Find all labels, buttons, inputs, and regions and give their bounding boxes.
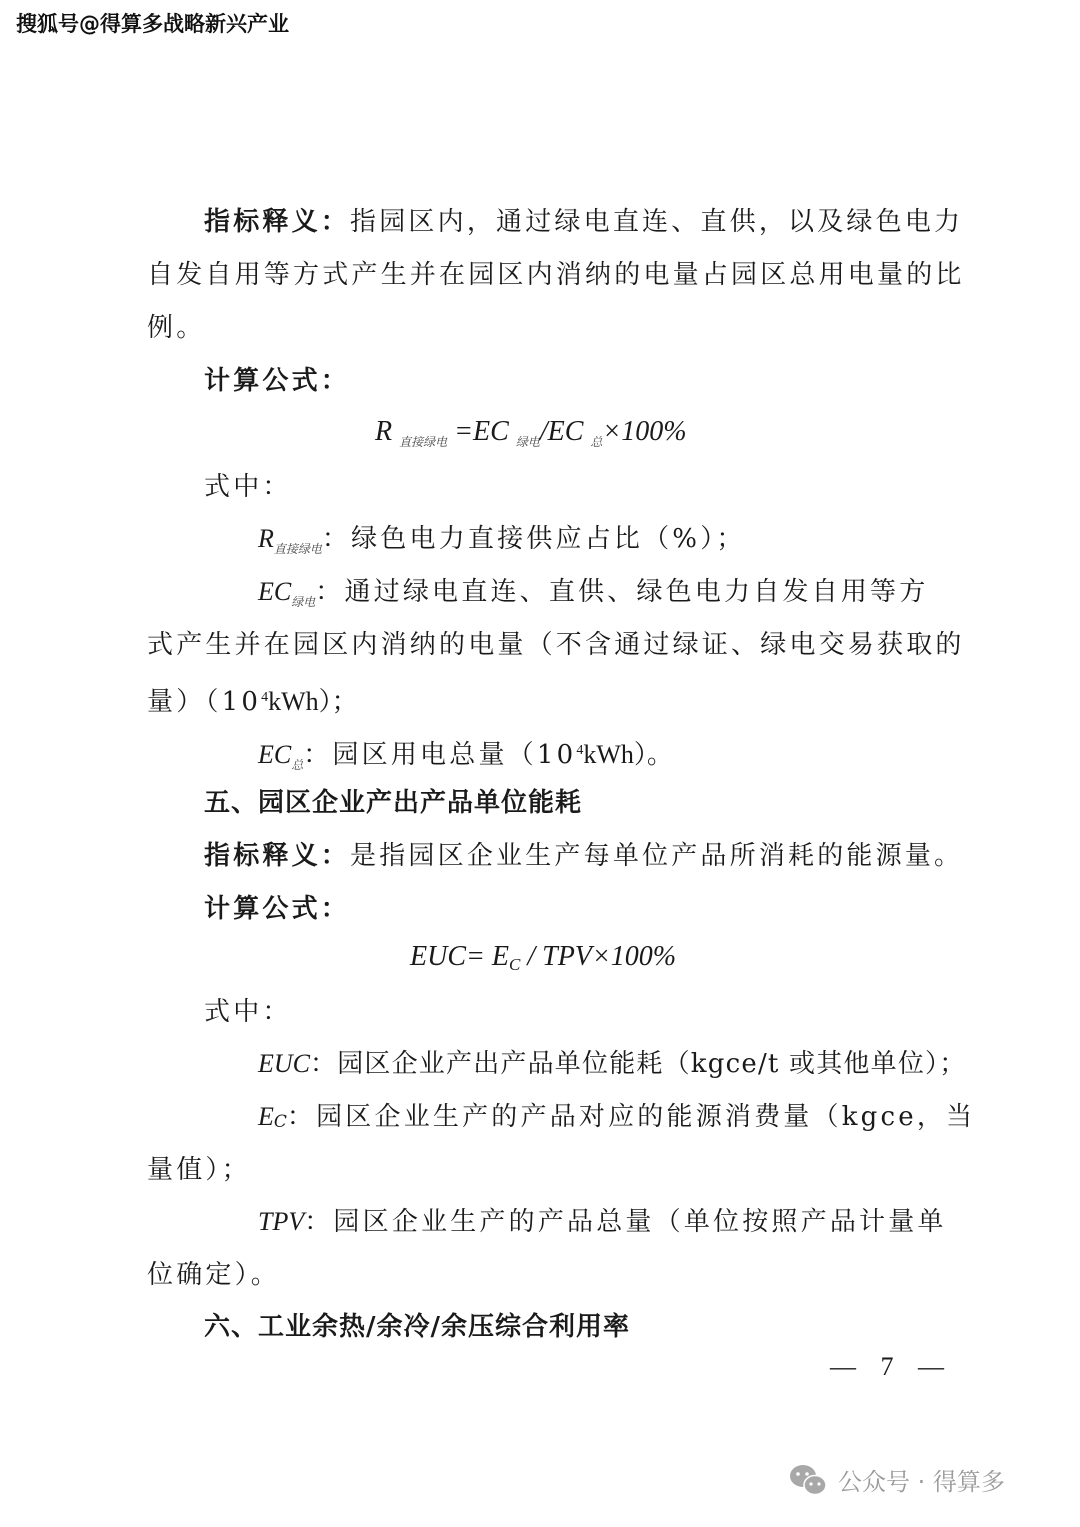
formula-unit-energy: EUC= EC / TPV×100% <box>410 941 676 975</box>
formula-part: ×100% <box>602 416 686 447</box>
section-heading: 六、工业余热/余冷/余压综合利用率 <box>204 1310 630 1344</box>
definition-text: 指园区内，通过绿电直连、直供，以及绿色电力 <box>350 207 963 237</box>
definition-label: 指标释义： <box>204 841 350 871</box>
wechat-icon <box>788 1463 828 1497</box>
formula-symbol: R <box>375 416 392 447</box>
text-part: 量）（10 <box>147 687 261 717</box>
formula-part: / TPV×100% <box>520 941 676 972</box>
page-number: — 7 — <box>830 1352 944 1382</box>
formula-part: EUC= E <box>410 941 509 972</box>
var-text: ：绿色电力直接供应占比（%）； <box>322 524 746 554</box>
var-text: ：通过绿电直连、直供、绿色电力自发自用等方 <box>315 577 928 607</box>
var-symbol: TPV <box>258 1207 304 1236</box>
var-subscript: C <box>274 1112 287 1132</box>
var-definition-cont: 位确定）。 <box>147 1258 280 1292</box>
var-symbol: R <box>258 524 274 553</box>
var-symbol: EC <box>258 740 291 769</box>
var-text: ：园区用电总量（10 <box>303 740 576 770</box>
var-definition-cont: 量）（104kWh）； <box>147 681 358 719</box>
var-subscript: 绿电 <box>291 595 315 609</box>
var-definition: R直接绿电：绿色电力直接供应占比（%）； <box>258 522 746 566</box>
formula-part: /EC <box>540 416 584 447</box>
var-text: ：园区企业生产的产品对应的能源消费量（kgce，当 <box>287 1102 975 1132</box>
watermark-source: 搜狐号@得算多战略新兴产业 <box>16 8 289 38</box>
var-subscript: 直接绿电 <box>274 542 322 556</box>
formula-green-ratio: R 直接绿电 =EC 绿电/EC 总×100% <box>375 416 687 450</box>
var-definition: EUC：园区企业产出产品单位能耗（kgce/t 或其他单位）； <box>258 1047 966 1081</box>
var-subscript: 总 <box>291 758 303 772</box>
definition-paragraph: 指标释义：是指园区企业生产每单位产品所消耗的能源量。 <box>204 839 963 873</box>
var-definition: EC绿电：通过绿电直连、直供、绿色电力自发自用等方 <box>258 575 928 619</box>
footer-watermark-text: 公众号 · 得算多 <box>838 1462 1005 1497</box>
var-symbol: EUC <box>258 1049 310 1078</box>
definition-text: 是指园区企业生产每单位产品所消耗的能源量。 <box>350 841 963 871</box>
formula-label: 计算公式： <box>204 892 350 926</box>
formula-label: 计算公式： <box>204 364 350 398</box>
var-text: ：园区企业产出产品单位能耗（kgce/t 或其他单位）； <box>310 1049 966 1079</box>
var-text: kWh）。 <box>583 740 673 769</box>
var-definition-cont: 式产生并在园区内消纳的电量（不含通过绿证、绿电交易获取的 <box>147 628 965 662</box>
var-definition-cont: 量值）； <box>147 1153 251 1187</box>
section-heading: 五、园区企业产出产品单位能耗 <box>204 786 582 820</box>
formula-part: =EC <box>447 416 509 447</box>
text-part: kWh）； <box>268 687 358 716</box>
footer-watermark: 公众号 · 得算多 <box>788 1462 1005 1497</box>
formula-subscript: 绿电 <box>516 435 540 449</box>
definition-paragraph: 指标释义：指园区内，通过绿电直连、直供，以及绿色电力 <box>204 205 963 239</box>
definition-label: 指标释义： <box>204 207 350 237</box>
formula-subscript: C <box>509 955 520 974</box>
var-definition: EC：园区企业生产的产品对应的能源消费量（kgce，当 <box>258 1100 975 1139</box>
formula-subscript: 直接绿电 <box>399 435 447 449</box>
definition-text-line2: 自发自用等方式产生并在园区内消纳的电量占园区总用电量的比 <box>147 258 965 292</box>
var-text: ：园区企业生产的产品总量（单位按照产品计量单 <box>304 1207 946 1237</box>
where-label: 式中： <box>204 995 292 1029</box>
definition-text-line3: 例。 <box>147 311 205 345</box>
var-definition: EC总：园区用电总量（104kWh）。 <box>258 734 673 782</box>
var-symbol: EC <box>258 577 291 606</box>
formula-subscript: 总 <box>590 435 602 449</box>
var-definition: TPV：园区企业生产的产品总量（单位按照产品计量单 <box>258 1205 947 1239</box>
where-label: 式中： <box>204 470 292 504</box>
var-symbol: E <box>258 1102 274 1131</box>
